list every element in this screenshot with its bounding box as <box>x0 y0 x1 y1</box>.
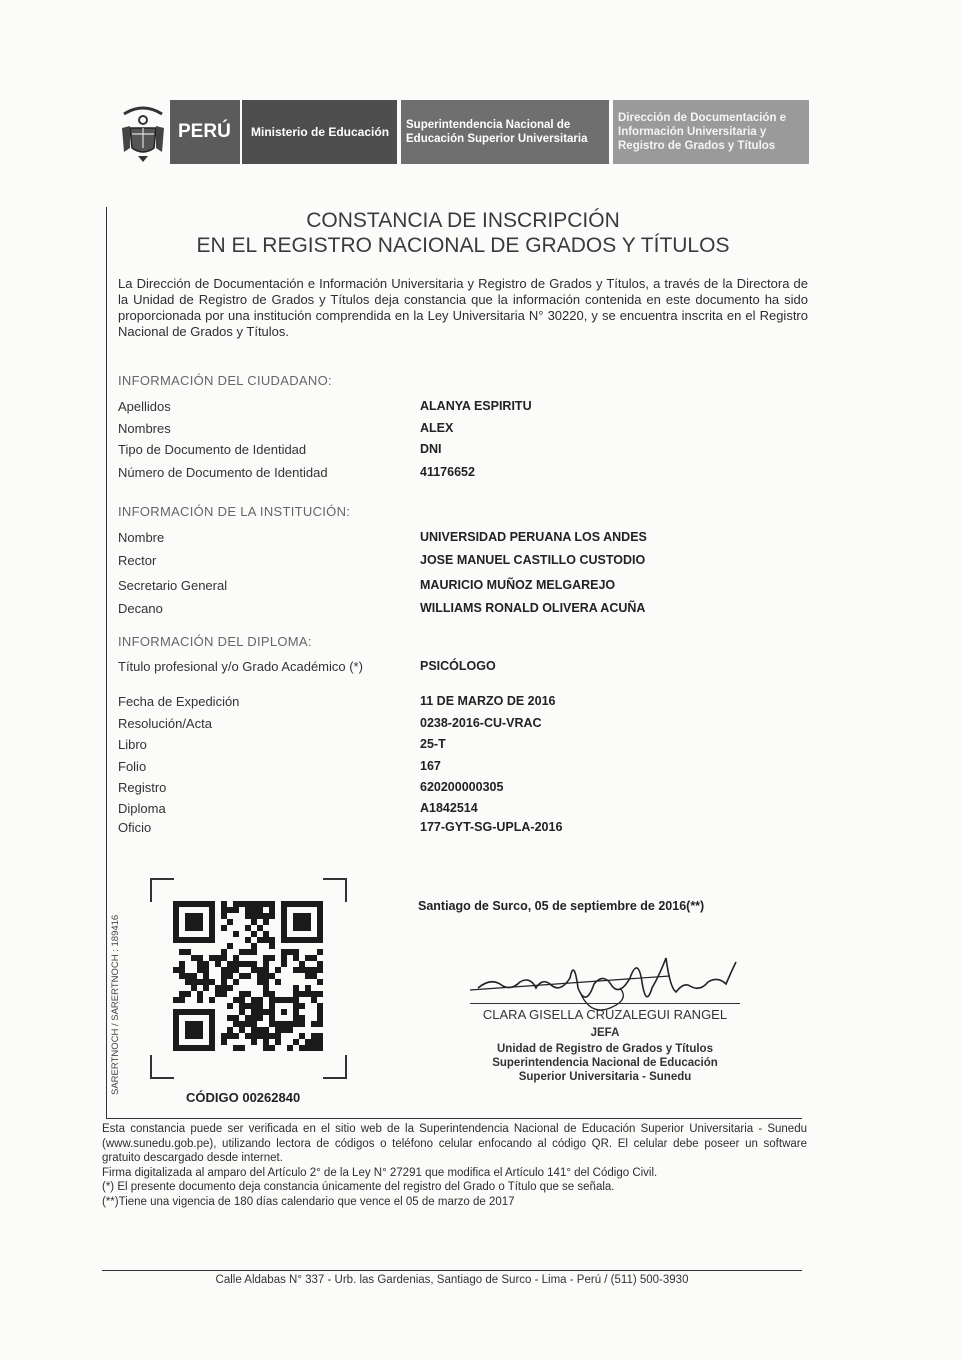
band-direction-line: Registro de Grados y Títulos <box>618 139 786 153</box>
field-value: 620200000305 <box>420 780 503 794</box>
info-row: Fecha de Expedición 11 DE MARZO DE 2016 <box>118 694 718 712</box>
info-row: Libro 25-T <box>118 737 718 755</box>
band-direction: Dirección de Documentación e Información… <box>613 100 809 164</box>
field-label: Oficio <box>118 820 151 835</box>
side-verification-code: SARERTNOCH / SARERTNOCH : 189416 <box>110 885 121 1095</box>
info-row: Apellidos ALANYA ESPIRITU <box>118 399 718 417</box>
info-row: Diploma A1842514 <box>118 801 718 819</box>
info-row: Nombre UNIVERSIDAD PERUANA LOS ANDES <box>118 530 718 548</box>
field-label: Apellidos <box>118 399 171 414</box>
field-label: Decano <box>118 601 163 616</box>
field-label: Número de Documento de Identidad <box>118 465 328 480</box>
signer-unit-line: Superintendencia Nacional de Educación <box>440 1056 770 1070</box>
field-value: ALEX <box>420 421 453 435</box>
qr-frame-corner <box>323 1055 347 1079</box>
info-row: Secretario General MAURICIO MUÑOZ MELGAR… <box>118 578 718 596</box>
field-label: Nombre <box>118 530 164 545</box>
info-row: Número de Documento de Identidad 4117665… <box>118 465 718 483</box>
info-row: Nombres ALEX <box>118 421 718 439</box>
field-value: MAURICIO MUÑOZ MELGAREJO <box>420 578 615 592</box>
info-row: Título profesional y/o Grado Académico (… <box>118 659 718 677</box>
field-label: Fecha de Expedición <box>118 694 239 709</box>
field-value: 0238-2016-CU-VRAC <box>420 716 542 730</box>
field-value: JOSE MANUEL CASTILLO CUSTODIO <box>420 553 645 567</box>
qr-code-number: CÓDIGO 00262840 <box>186 1090 300 1105</box>
band-ministry-label: Ministerio de Educación <box>251 125 389 139</box>
field-label: Rector <box>118 553 156 568</box>
field-value: 167 <box>420 759 441 773</box>
note-verification: Esta constancia puede ser verificada en … <box>102 1122 807 1166</box>
field-value: ALANYA ESPIRITU <box>420 399 532 413</box>
band-peru-label: PERÚ <box>178 121 231 143</box>
left-frame-line <box>106 207 107 1119</box>
field-label: Registro <box>118 780 166 795</box>
field-label: Diploma <box>118 801 166 816</box>
qr-frame-corner <box>323 878 347 902</box>
info-row: Rector JOSE MANUEL CASTILLO CUSTODIO <box>118 553 718 571</box>
footer-address: Calle Aldabas N° 337 - Urb. las Gardenia… <box>102 1274 802 1286</box>
note-single-asterisk: (*) El presente documento deja constanci… <box>102 1180 807 1195</box>
field-value: A1842514 <box>420 801 478 815</box>
section-heading-diploma: INFORMACIÓN DEL DIPLOMA: <box>118 634 312 649</box>
verification-notes: Esta constancia puede ser verificada en … <box>102 1122 807 1209</box>
peru-coat-of-arms-icon <box>118 100 168 164</box>
title-line-1: CONSTANCIA DE INSCRIPCIÓN <box>118 208 808 233</box>
note-double-asterisk: (**)Tiene una vigencia de 180 días calen… <box>102 1195 807 1210</box>
field-value: UNIVERSIDAD PERUANA LOS ANDES <box>420 530 647 544</box>
info-row: Registro 620200000305 <box>118 780 718 798</box>
header-banner: PERÚ Ministerio de Educación Superintend… <box>118 100 810 164</box>
band-ministry: Ministerio de Educación <box>242 100 397 164</box>
qr-code-icon[interactable] <box>173 901 323 1051</box>
info-row: Decano WILLIAMS RONALD OLIVERA ACUÑA <box>118 601 718 619</box>
info-row: Folio 167 <box>118 759 718 777</box>
field-label: Título profesional y/o Grado Académico (… <box>118 659 363 674</box>
field-value: 11 DE MARZO DE 2016 <box>420 694 555 708</box>
signature-line <box>470 1003 740 1004</box>
title-line-2: EN EL REGISTRO NACIONAL DE GRADOS Y TÍTU… <box>118 233 808 258</box>
signer-unit-line: Superior Universitaria - Sunedu <box>440 1070 770 1084</box>
document-title: CONSTANCIA DE INSCRIPCIÓN EN EL REGISTRO… <box>118 208 808 258</box>
field-value: WILLIAMS RONALD OLIVERA ACUÑA <box>420 601 645 615</box>
qr-frame-corner <box>150 878 174 902</box>
footer-divider <box>102 1270 802 1271</box>
field-label: Resolución/Acta <box>118 716 212 731</box>
note-digital-signature: Firma digitalizada al amparo del Artícul… <box>102 1166 807 1181</box>
field-label: Libro <box>118 737 147 752</box>
field-label: Tipo de Documento de Identidad <box>118 442 306 457</box>
signer-role: JEFA <box>470 1027 740 1039</box>
band-direction-line: Información Universitaria y <box>618 125 786 139</box>
signer-unit-line: Unidad de Registro de Grados y Títulos <box>440 1042 770 1056</box>
section-heading-ciudadano: INFORMACIÓN DEL CIUDADANO: <box>118 373 332 388</box>
field-value: PSICÓLOGO <box>420 659 496 673</box>
field-value: DNI <box>420 442 442 456</box>
field-value: 25-T <box>420 737 446 751</box>
place-and-date: Santiago de Surco, 05 de septiembre de 2… <box>418 899 704 913</box>
info-row: Resolución/Acta 0238-2016-CU-VRAC <box>118 716 718 734</box>
info-row: Tipo de Documento de Identidad DNI <box>118 442 718 460</box>
section-heading-institucion: INFORMACIÓN DE LA INSTITUCIÓN: <box>118 504 350 519</box>
band-sunedu-line: Educación Superior Universitaria <box>406 132 588 146</box>
field-label: Secretario General <box>118 578 227 593</box>
intro-paragraph: La Dirección de Documentación e Informac… <box>118 276 808 340</box>
qr-frame-corner <box>150 1055 174 1079</box>
field-label: Nombres <box>118 421 171 436</box>
field-label: Folio <box>118 759 146 774</box>
signer-name: CLARA GISELLA CRUZALEGUI RANGEL <box>470 1007 740 1022</box>
band-peru: PERÚ <box>170 100 240 164</box>
band-direction-line: Dirección de Documentación e <box>618 111 786 125</box>
field-value: 177-GYT-SG-UPLA-2016 <box>420 820 562 834</box>
band-sunedu: Superintendencia Nacional de Educación S… <box>401 100 609 164</box>
signer-unit: Unidad de Registro de Grados y Títulos S… <box>440 1042 770 1084</box>
band-sunedu-line: Superintendencia Nacional de <box>406 118 588 132</box>
bottom-frame-line <box>106 1118 802 1119</box>
field-value: 41176652 <box>420 465 475 479</box>
info-row: Oficio 177-GYT-SG-UPLA-2016 <box>118 820 718 838</box>
